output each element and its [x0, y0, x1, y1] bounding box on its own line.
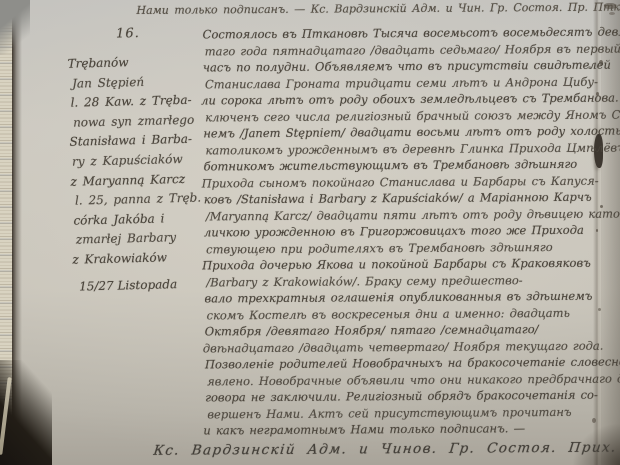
- margin-note-line: z Krakowiaków: [72, 247, 212, 270]
- margin-note-line: ry z Kapuściaków: [72, 149, 210, 172]
- margin-notes: Trębanów Jan Stępień l. 28 Kaw. z Tręba-…: [67, 51, 212, 270]
- record-text-line: Прихода сыномъ покойнаго Станислава и Ба…: [202, 172, 612, 191]
- register-book-photo: 16. Trębanów Jan Stępień l. 28 Kaw. z Tr…: [0, 0, 620, 465]
- margin-note-line: nowa syn zmarłego: [73, 110, 209, 133]
- record-text-line: двѣнадцатаго /двадцать четвертаго/ Ноябр…: [203, 337, 613, 356]
- bottom-left-shadow: [0, 360, 52, 465]
- record-column: Нами только подписанъ. — Кс. Вардзинскій…: [202, 1, 613, 458]
- record-text-line: Станислава Гроната тридцати семи лѣтъ и …: [205, 73, 611, 92]
- top-left-background: [0, 0, 30, 55]
- priest-signature: Кс. Вардзинскій Адм. и Чинов. Гр. Состоя…: [153, 439, 615, 458]
- entry-number: 16.: [67, 25, 189, 43]
- record-text-line: и какъ неграмотнымъ Нами только подписан…: [203, 420, 613, 439]
- record-text-line: /Barbary z Krakowiaków/. Браку сему пред…: [206, 271, 612, 290]
- margin-column: 16. Trębanów Jan Stępień l. 28 Kaw. z Tr…: [67, 24, 213, 293]
- record-text-line: /Maryanną Karcz/ двадцати пяти лѣтъ отъ …: [206, 205, 612, 224]
- record-text-line: католикомъ урожденнымъ въ деревнѣ Глинка…: [205, 139, 611, 158]
- previous-record-ending: Нами только подписанъ. — Кс. Вардзинскій…: [136, 1, 610, 17]
- margin-date: 15/27 Listopada: [79, 276, 213, 293]
- record-text-line: явлено. Новобрачные объявили что они ник…: [207, 370, 613, 389]
- record-body: Состоялось въ Пткановѣ Тысяча восемьсотъ…: [203, 24, 614, 439]
- record-text-line: ключенъ сего числа религіозный брачный с…: [205, 106, 611, 125]
- record-text-line: ствующею при родителяхъ въ Трембановѣ зд…: [206, 238, 612, 257]
- margin-note-line: l. 25, panna z Tręb.: [75, 188, 211, 211]
- margin-note-line: zmarłej Barbary: [76, 228, 212, 251]
- record-text-line: таго года пятнадцатаго /двадцать седьмаг…: [205, 40, 611, 59]
- margin-note-line: Jan Stępień: [72, 71, 208, 94]
- record-text-line: скомъ Костелѣ въ воскресеныя дни а именн…: [207, 304, 613, 323]
- record-text-line: вершенъ Нами. Актъ сей присутствующимъ п…: [207, 403, 613, 422]
